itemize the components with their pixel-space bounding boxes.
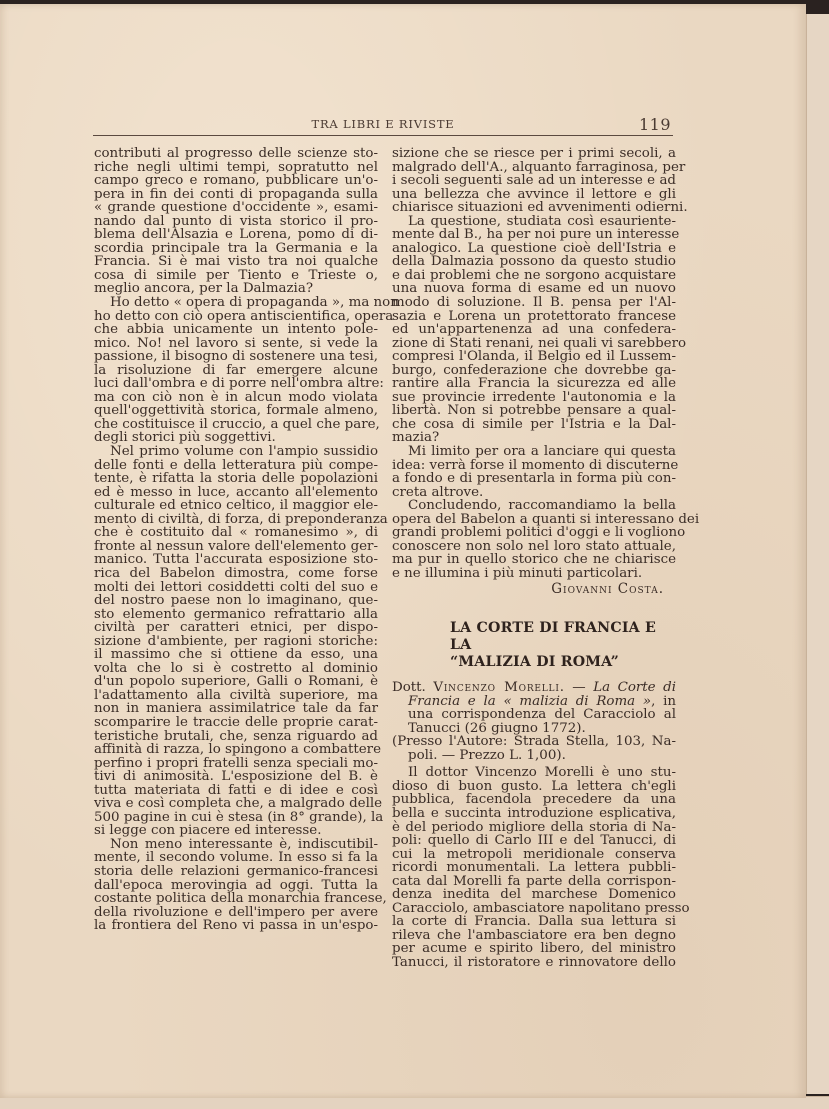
text-line: che costituisce il cruccio, a quel che p… [94, 418, 378, 432]
text-line: libertà. Non si potrebbe pensare a qual- [392, 404, 676, 418]
text-line: della rivoluzione e dell'impero per aver… [94, 906, 378, 920]
text-line: tutta materiata di fatti e di idee e cos… [94, 784, 378, 798]
section-title-line: “MALIZIA DI ROMA” [450, 654, 676, 671]
text-line: pubblica, facendola precedere da una [392, 793, 676, 807]
publisher-text: poli. — Prezzo L. 1,00). [408, 748, 566, 763]
text-line: a fondo e di presentarla in forma più co… [392, 472, 676, 486]
text-line: poli: quello di Carlo III e del Tanucci,… [392, 834, 676, 848]
text-line: Nel primo volume con l'ampio sussidio [94, 445, 378, 459]
text-line: Ho detto « opera di propaganda », ma non [94, 296, 378, 310]
text-line: zione di Stati renani, nei quali vi sare… [392, 337, 676, 351]
text-line: dioso di buon gusto. La lettera ch'egli [392, 780, 676, 794]
text-line: cata dal Morelli fa parte della corrispo… [392, 875, 676, 889]
paragraph: Il dottor Vincenzo Morelli è uno stu- di… [392, 766, 676, 969]
text-line: La questione, studiata così esauriente- [392, 215, 676, 229]
text-line: riche negli ultimi tempi, sopratutto nel [94, 161, 378, 175]
text-line: affinità di razza, lo spingono a combatt… [94, 743, 378, 757]
text-line: mazia? [392, 431, 676, 445]
text-line: Mi limito per ora a lanciare qui questa [392, 445, 676, 459]
text-line: ed un'appartenenza ad una confedera- [392, 323, 676, 337]
text-line: blema dell'Alsazia e Lorena, pomo di di- [94, 228, 378, 242]
text-line: tente, è rifatta la storia delle popolaz… [94, 472, 378, 486]
text-line: mico. No! nel lavoro si sente, si vede l… [94, 337, 378, 351]
text-line: che cosa di simile per l'Istria e la Dal… [392, 418, 676, 432]
paragraph: Non meno interessante è, indiscutibil- m… [94, 838, 378, 933]
text-line: che è costituito dal « romanesimo », di [94, 526, 378, 540]
text-line: pera in fin dei conti di propaganda sull… [94, 188, 378, 202]
text-line: rileva che l'ambasciatore era ben degno [392, 929, 676, 943]
text-line: che abbia unicamente un intento pole- [94, 323, 378, 337]
text-line: mente, il secondo volume. In esso si fa … [94, 851, 378, 865]
text-line: viva e così completa che, a malgrado del… [94, 797, 378, 811]
paragraph: sizione che se riesce per i primi secoli… [392, 147, 676, 215]
paragraph: Concludendo, raccomandiamo la bella oper… [392, 499, 676, 580]
text-line: burgo, confederazione che dovrebbe ga- [392, 364, 676, 378]
text-line: molti dei lettori cosiddetti colti del s… [94, 581, 378, 595]
text-line: bella e succinta introduzione esplicativ… [392, 807, 676, 821]
text-line: compresi l'Olanda, il Belgio ed il Lusse… [392, 350, 676, 364]
text-line: « grande questione d'occidente », esami- [94, 201, 378, 215]
paragraph: Nel primo volume con l'ampio sussidio de… [94, 445, 378, 838]
text-line: della Dalmazia possono da questo studio [392, 255, 676, 269]
text-line: ma con ciò non è in alcun modo violata [94, 391, 378, 405]
text-line: mento di civiltà, di forza, di preponder… [94, 513, 378, 527]
text-line: rantire alla Francia la sicurezza ed all… [392, 377, 676, 391]
header-rule [93, 135, 673, 136]
text-line: rica del Babelon dimostra, come forse [94, 567, 378, 581]
text-line: Caracciolo, ambasciatore napolitano pres… [392, 902, 676, 916]
text-line: tivi di animosità. L'esposizione del B. … [94, 770, 378, 784]
text-line: Concludendo, raccomandiamo la bella [392, 499, 676, 513]
section-title: LA CORTE DI FRANCIA E LA “MALIZIA DI ROM… [392, 620, 676, 671]
text-line: la risoluzione di far emergere alcune [94, 364, 378, 378]
left-column: contributi al progresso delle scienze st… [94, 147, 378, 933]
text-line: grandi problemi politici d'oggi e li vog… [392, 526, 676, 540]
text-line: costante politica della monarchia france… [94, 892, 378, 906]
text-line: meglio ancora, per la Dalmazia? [94, 282, 378, 296]
text-line: fronte al nessun valore dell'elemento ge… [94, 540, 378, 554]
text-line: cui la metropoli meridionale conserva [392, 848, 676, 862]
text-line: d'un popolo superiore, Galli o Romani, è [94, 675, 378, 689]
text-line: modo di soluzione. Il B. pensa per l'Al- [392, 296, 676, 310]
text-line: storia delle relazioni germanico-frances… [94, 865, 378, 879]
text-line: ed è messo in luce, accanto all'elemento [94, 486, 378, 500]
text-line: scomparire le traccie delle proprie cara… [94, 716, 378, 730]
text-line: la frontiera del Reno vi passa in un'esp… [94, 919, 378, 933]
text-line: teristiche brutali, che, senza riguardo … [94, 730, 378, 744]
text-line: è del periodo migliore della storia di N… [392, 821, 676, 835]
text-line: delle fonti e della letteratura più comp… [94, 459, 378, 473]
text-line: civiltà per caratteri etnici, per dispo- [94, 621, 378, 635]
text-line: sizione che se riesce per i primi secoli… [392, 147, 676, 161]
text-line: manico. Tutta l'accurata esposizione sto… [94, 553, 378, 567]
text-line: culturale ed etnico celtico, il maggior … [94, 499, 378, 513]
text-line: si legge con piacere ed interesse. [94, 824, 378, 838]
text-line: del nostro paese non lo imaginano, que- [94, 594, 378, 608]
underlying-page-edge [806, 14, 829, 1094]
text-line: 500 pagine in cui è stesa (in 8° grande)… [94, 811, 378, 825]
text-line: i secoli seguenti sale ad un interesse e… [392, 174, 676, 188]
text-line: chiarisce situazioni ed avvenimenti odie… [392, 201, 676, 215]
author-signature: Giovanni Costa. [392, 583, 676, 597]
text-line: sto elemento germanico refrattario alla [94, 608, 378, 622]
text-line: conoscere non solo nel loro stato attual… [392, 540, 676, 554]
paragraph: La questione, studiata così esauriente- … [392, 215, 676, 445]
text-line: analogico. La questione cioè dell'Istria… [392, 242, 676, 256]
text-line: scordia principale tra la Germania e la [94, 242, 378, 256]
text-line: quell'oggettività storica, formale almen… [94, 404, 378, 418]
paragraph: Mi limito per ora a lanciare qui questa … [392, 445, 676, 499]
text-line: opera del Babelon a quanti si interessan… [392, 513, 676, 527]
bibliographic-entry: Dott. Vincenzo Morelli. — La Corte di Fr… [392, 681, 676, 762]
text-line: cosa di simile per Tiento e Trieste o, [94, 269, 378, 283]
page-header: TRA LIBRI E RIVISTE 119 [93, 115, 673, 135]
text-line: dall'epoca merovingia ad oggi. Tutta la [94, 879, 378, 893]
text-line: per acume e spirito libero, del ministro [392, 942, 676, 956]
paragraph: Ho detto « opera di propaganda », ma non… [94, 296, 378, 445]
text-line: degli storici più soggettivi. [94, 431, 378, 445]
text-line: ma pur in quello storico che ne chiarisc… [392, 553, 676, 567]
text-line: contributi al progresso delle scienze st… [94, 147, 378, 161]
text-line: e ne illumina i più minuti particolari. [392, 567, 676, 581]
text-line: una nuova forma di esame ed un nuovo [392, 282, 676, 296]
publisher-info: (Presso l'Autore: Strada Stella, 103, Na… [392, 735, 676, 762]
text-line: ricordi monumentali. La lettera pubbli- [392, 861, 676, 875]
text-line: mente dal B., ha per noi pure un interes… [392, 228, 676, 242]
text-line: non in maniera assimilatrice tale da far [94, 702, 378, 716]
text-line: e dai problemi che ne sorgono acquistare [392, 269, 676, 283]
text-line: sazia e Lorena un protettorato francese [392, 310, 676, 324]
text-line: creta altrove. [392, 486, 676, 500]
section-title-line: LA CORTE DI FRANCIA E LA [450, 620, 676, 654]
text-line: sue provincie irredente l'autonomia e la [392, 391, 676, 405]
running-title: TRA LIBRI E RIVISTE [93, 117, 673, 131]
text-line: idea: verrà forse il momento di discuter… [392, 459, 676, 473]
text-line: Il dottor Vincenzo Morelli è uno stu- [392, 766, 676, 780]
right-column: sizione che se riesce per i primi secoli… [392, 147, 676, 970]
text-line: nando dal punto di vista storico il pro- [94, 215, 378, 229]
citation: Dott. Vincenzo Morelli. — La Corte di Fr… [392, 681, 676, 735]
text-line: Tanucci, il ristoratore e rinnovatore de… [392, 956, 676, 970]
text-line: passione, il bisogno di sostenere una te… [94, 350, 378, 364]
text-line: la corte di Francia. Dalla sua lettura s… [392, 915, 676, 929]
text-line: il massimo che si ottiene da esso, una [94, 648, 378, 662]
text-line: Non meno interessante è, indiscutibil- [94, 838, 378, 852]
text-line: malgrado dell'A., alquanto farraginosa, … [392, 161, 676, 175]
text-line: ho detto con ciò opera antiscientifica, … [94, 310, 378, 324]
text-line: luci dall'ombra e di porre nell'ombra al… [94, 377, 378, 391]
text-line: campo greco e romano, pubblicare un'o- [94, 174, 378, 188]
text-line: sizione d'ambiente, per ragioni storiche… [94, 635, 378, 649]
text-line: Francia. Si è mai visto tra noi qualche [94, 255, 378, 269]
text-line: perfino i propri fratelli senza speciali… [94, 757, 378, 771]
text-line: una bellezza che avvince il lettore e gl… [392, 188, 676, 202]
page-number: 119 [639, 115, 671, 134]
text-line: volta che lo si è costretto al dominio [94, 662, 378, 676]
text-line: l'adattamento alla civiltà superiore, ma [94, 689, 378, 703]
text-line: denza inedita del marchese Domenico [392, 888, 676, 902]
paragraph: contributi al progresso delle scienze st… [94, 147, 378, 296]
